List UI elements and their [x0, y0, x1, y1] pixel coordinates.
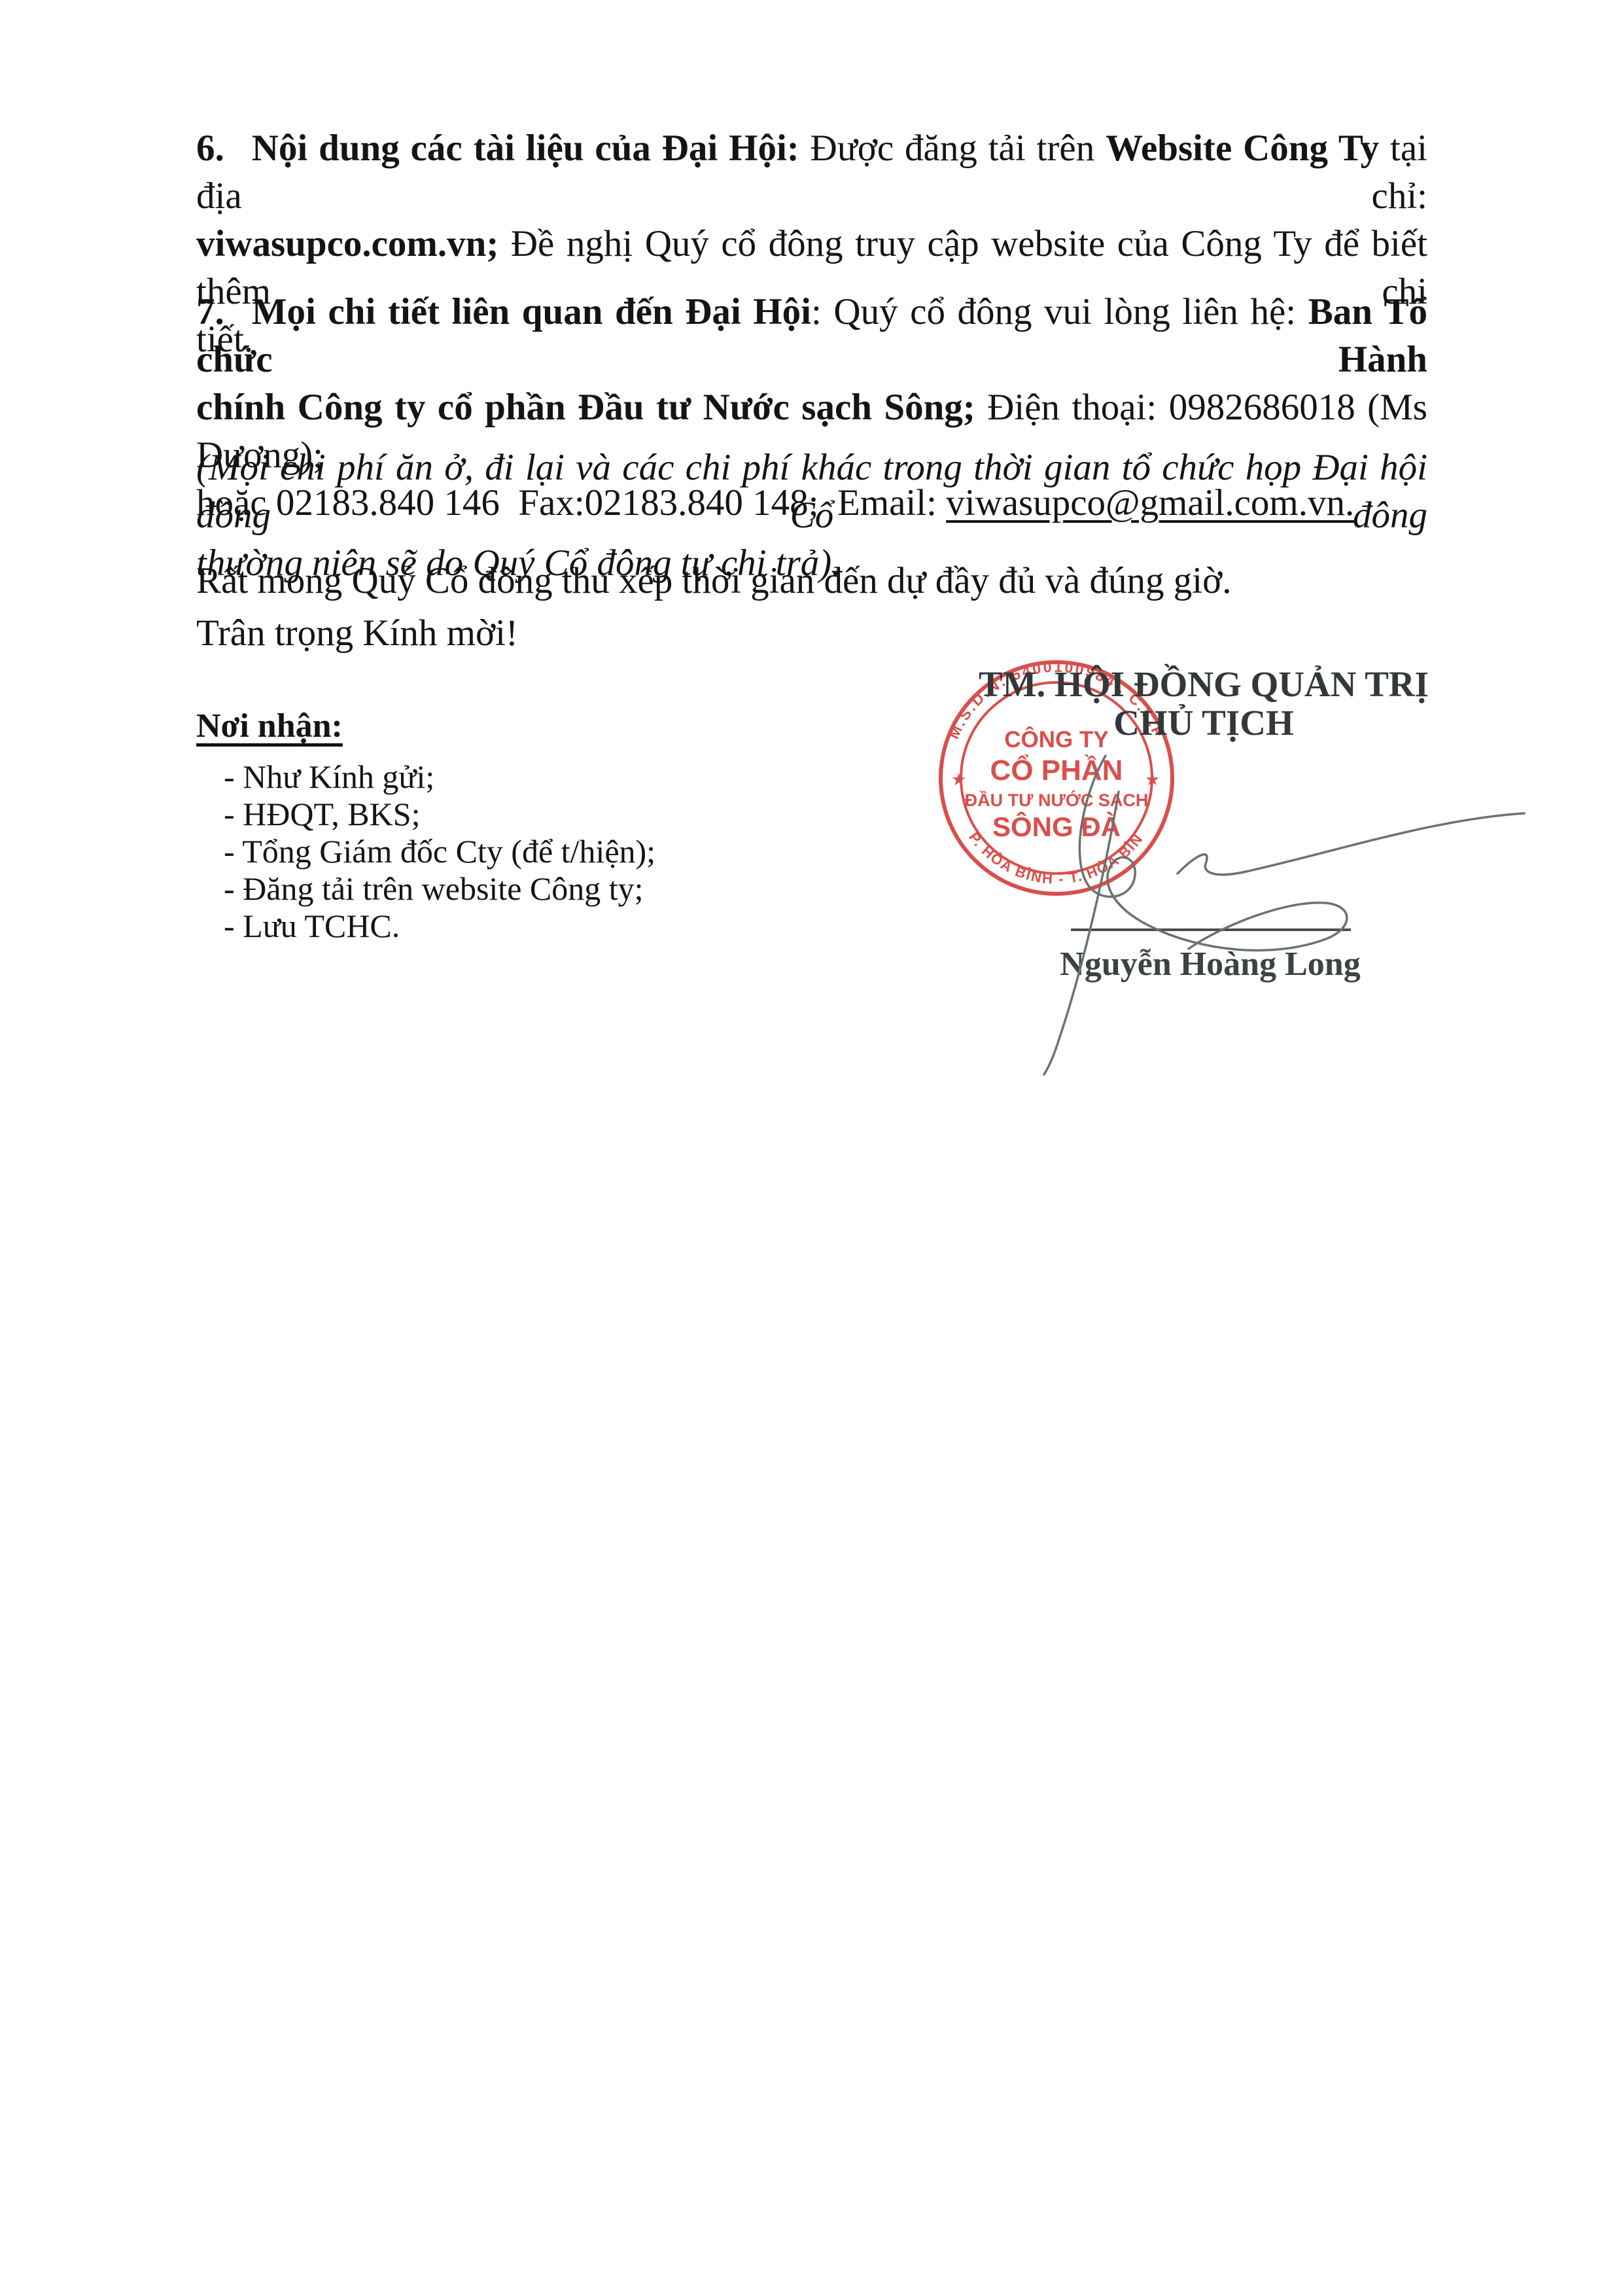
text-segment: Trân trọng Kính mời! — [196, 612, 518, 654]
text-segment: 6. — [196, 128, 224, 169]
text-segment: 7. — [196, 291, 224, 332]
recipient-item: - Tổng Giám đốc Cty (để t/hiện); — [224, 833, 785, 870]
text-segment: Rất mong Quý Cổ đông thu xếp thời gian đ… — [196, 560, 1232, 601]
recipients-list: - Như Kính gửi;- HĐQT, BKS;- Tổng Giám đ… — [196, 758, 785, 945]
signature-title-line-1: TM. HỘI ĐỒNG QUẢN TRỊ — [968, 665, 1439, 703]
text-segment: Được đăng tải trên — [799, 128, 1106, 169]
text-segment: chính Công ty cổ phần Đầu tư Nước sạch S… — [196, 387, 975, 428]
text-segment: Website Công Ty — [1106, 128, 1379, 169]
paragraph-closing-invite: Trân trọng Kính mời! — [196, 609, 1427, 657]
recipients-block: Nơi nhận: - Như Kính gửi;- HĐQT, BKS;- T… — [196, 707, 785, 945]
recipients-heading: Nơi nhận: — [196, 707, 785, 745]
document-page: 6.Nội dung các tài liệu của Đại Hội: Đượ… — [0, 0, 1623, 2296]
recipient-item: - Lưu TCHC. — [224, 908, 785, 945]
text-segment: Mọi chi tiết liên quan đến Đại Hội — [252, 291, 811, 332]
text-line: Trân trọng Kính mời! — [196, 609, 1427, 657]
text-line: 7.Mọi chi tiết liên quan đến Đại Hội: Qu… — [196, 288, 1427, 383]
text-segment: (Mọi chi phí ăn ở, đi lại và các chi phí… — [196, 447, 1437, 536]
recipient-item: - HĐQT, BKS; — [224, 796, 785, 833]
handwritten-signature — [916, 707, 1570, 1086]
text-segment: viwasupco.com.vn; — [196, 223, 498, 264]
text-segment: : Quý cổ đông vui lòng liên hệ: — [811, 291, 1308, 332]
text-line: (Mọi chi phí ăn ở, đi lại và các chi phí… — [196, 444, 1427, 539]
text-segment: Nội dung các tài liệu của Đại Hội: — [252, 128, 799, 169]
recipient-item: - Như Kính gửi; — [224, 758, 785, 796]
text-line: 6.Nội dung các tài liệu của Đại Hội: Đượ… — [196, 124, 1427, 220]
text-line: Rất mong Quý Cổ đông thu xếp thời gian đ… — [196, 557, 1427, 605]
paragraph-closing-wish: Rất mong Quý Cổ đông thu xếp thời gian đ… — [196, 557, 1427, 605]
recipient-item: - Đăng tải trên website Công ty; — [224, 870, 785, 908]
